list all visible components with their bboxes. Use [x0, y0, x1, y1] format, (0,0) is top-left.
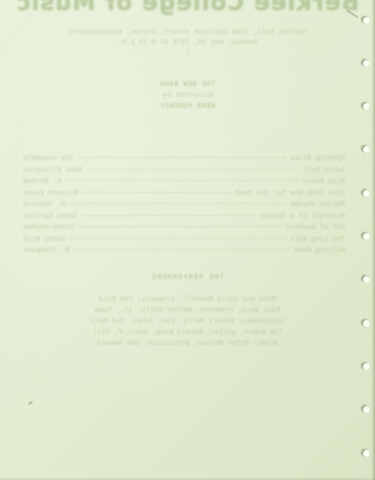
- piece-title-ghost: Maiden Voyage: [290, 200, 345, 208]
- scanned-page: Berklee College of Music recital hall, 1…: [0, 0, 375, 480]
- piece-title-ghost: Portrait of a Season: [261, 212, 345, 220]
- program-row-ghost: Opening Bluesthe ensemble: [23, 154, 345, 166]
- piece-credit-ghost: Duke Ellington: [23, 166, 82, 174]
- punch-hole: [363, 60, 370, 67]
- dotted-leader: [79, 157, 286, 158]
- dotted-leader: [83, 192, 231, 193]
- director-name-ghost: HERB POMEROY: [0, 101, 375, 112]
- venue-line-ghost: recital hall, 1140 boylston street, bost…: [0, 27, 375, 38]
- piece-title-ghost: Opening Blues: [290, 154, 345, 162]
- program-row-ghost: Out of NowhereGreen-Heyman: [23, 223, 345, 235]
- title-block-ghost: THE NEW BAND directed by HERB POMEROY: [0, 79, 375, 112]
- program-row-ghost: Portrait of a SeasonJames Carlton: [23, 212, 345, 224]
- dotted-leader: [74, 249, 289, 250]
- directed-by-ghost: directed by: [0, 90, 375, 101]
- show-through-layer: Berklee College of Music recital hall, 1…: [0, 0, 375, 480]
- program-row-ghost: The Long WaitSonny Rich: [23, 235, 345, 247]
- performer-line-ghost: Tom Baker, guitar; Ronald King, bass; F.…: [0, 327, 375, 338]
- concert-title-ghost: THE NEW BAND: [0, 79, 375, 90]
- performer-line-ghost: saxophones: Robert Perry, Carl Jones, Te…: [0, 316, 375, 327]
- piece-credit-ghost: B. Thompson: [23, 246, 69, 254]
- punch-hole: [363, 17, 370, 24]
- page-ornament-ghost: 1: [0, 48, 375, 56]
- piece-credit-ghost: the ensemble: [23, 154, 74, 162]
- performers-block-ghost: Mike and David Randall, trumpets; Tom Re…: [0, 294, 375, 349]
- piece-credit-ghost: H. Hancock: [23, 200, 65, 208]
- dotted-leader: [70, 238, 285, 239]
- program-row-ghost: Blue BossaK. Dorham: [23, 177, 345, 189]
- punch-hole: [363, 363, 370, 370]
- dotted-leader: [83, 215, 256, 216]
- program-row-ghost: Satin DollDuke Ellington: [23, 166, 345, 178]
- dotted-leader: [87, 169, 298, 170]
- program-row-ghost: Rolling HomeB. Thompson: [23, 246, 345, 258]
- performer-line-ghost: drums: Peter Nelson; percussion: Dan How…: [0, 338, 375, 349]
- piece-credit-ghost: Richard Evans: [23, 189, 78, 197]
- piece-credit-ghost: K. Dorham: [23, 177, 61, 185]
- piece-title-ghost: Blue Bossa: [303, 177, 345, 185]
- punch-hole: [363, 320, 370, 327]
- program-list-ghost: Opening Bluesthe ensembleSatin DollDuke …: [23, 154, 345, 258]
- piece-credit-ghost: Green-Heyman: [23, 223, 74, 231]
- dotted-leader: [79, 226, 281, 227]
- piece-title-ghost: Out of Nowhere: [286, 223, 345, 231]
- punch-hole: [363, 190, 370, 197]
- performer-line-ghost: Paul Ward, trombone; Walter Kelly, Jr., …: [0, 305, 375, 316]
- dotted-leader: [66, 180, 298, 181]
- program-row-ghost: Give Them One for the RoadRichard Evans: [23, 189, 345, 201]
- performers-heading-ghost: THE PERFORMERS: [0, 273, 375, 281]
- piece-title-ghost: Give Them One for the Road: [235, 189, 345, 197]
- piece-title-ghost: The Long Wait: [290, 235, 345, 243]
- piece-title-ghost: Satin Doll: [303, 166, 345, 174]
- masthead-ghost-text: Berklee College of Music: [0, 0, 375, 16]
- dotted-leader: [70, 203, 285, 204]
- punch-hole: [363, 450, 370, 457]
- date-line-ghost: monday, may 18, 1970 at 8:15 p.m.: [0, 37, 375, 48]
- piece-credit-ghost: James Carlton: [23, 212, 78, 220]
- punch-hole: [363, 233, 370, 240]
- piece-title-ghost: Rolling Home: [294, 246, 345, 254]
- performer-line-ghost: Mike and David Randall, trumpets; Tom Re…: [0, 294, 375, 305]
- program-row-ghost: Maiden VoyageH. Hancock: [23, 200, 345, 212]
- piece-credit-ghost: Sonny Rich: [23, 235, 65, 243]
